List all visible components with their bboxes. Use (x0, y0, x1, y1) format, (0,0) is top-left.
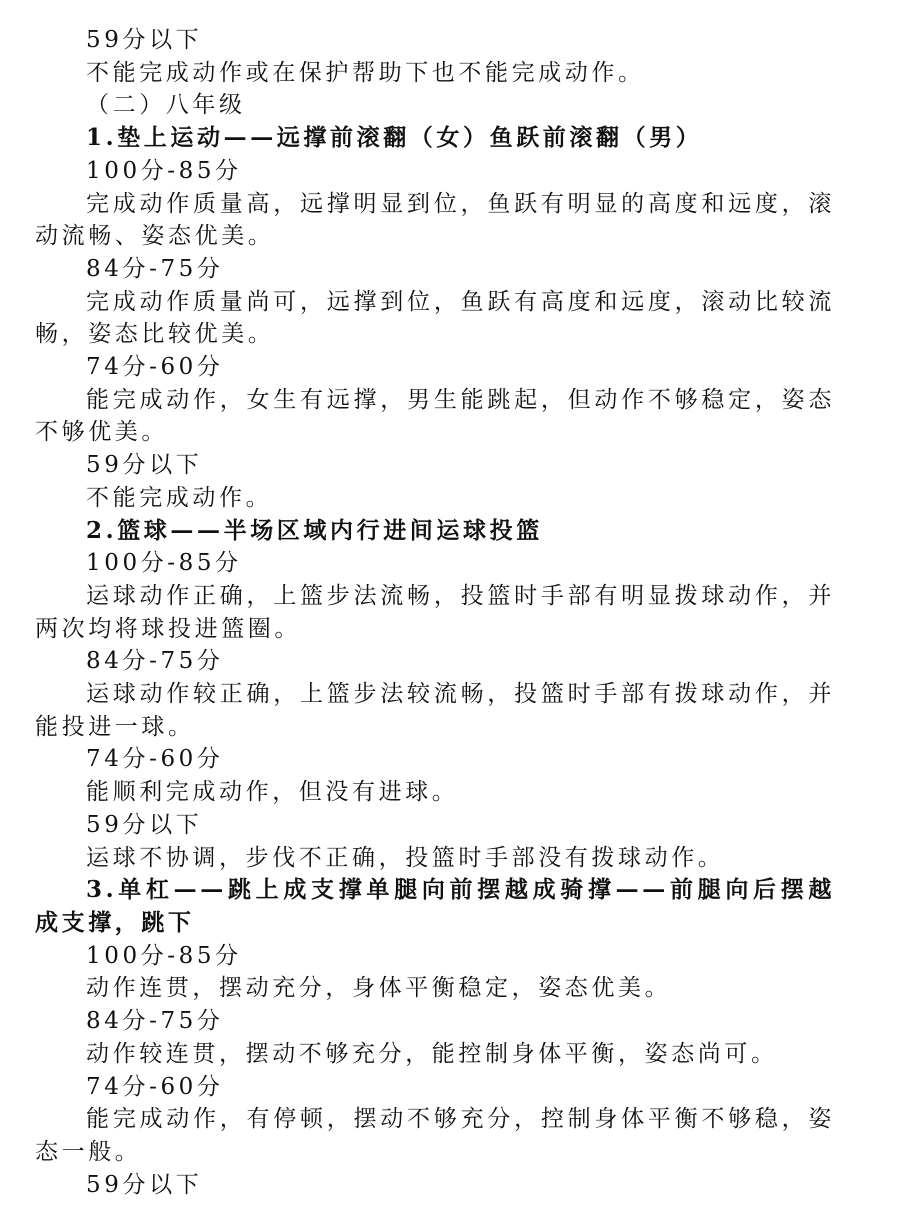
criteria-text: 动作连贯，摆动充分，身体平衡稳定，姿态优美。 (35, 972, 835, 1005)
criteria-text: 运球不协调，步伐不正确，投篮时手部没有拨球动作。 (35, 842, 835, 875)
criteria-text: 完成动作质量尚可，远撑到位，鱼跃有高度和远度，滚动比较流畅，姿态比较优美。 (35, 286, 835, 351)
item-heading: 3.单杠——跳上成支撑单腿向前摆越成骑撑——前腿向后摆越成支撑，跳下 (35, 874, 835, 939)
score-range: 59分以下 (35, 24, 835, 57)
score-range: 84分-75分 (35, 1005, 835, 1038)
score-range: 74分-60分 (35, 743, 835, 776)
score-range: 84分-75分 (35, 253, 835, 286)
criteria-text: 能顺利完成动作，但没有进球。 (35, 776, 835, 809)
criteria-text: 能完成动作，有停顿，摆动不够充分，控制身体平衡不够稳，姿态一般。 (35, 1103, 835, 1168)
score-range: 100分-85分 (35, 547, 835, 580)
score-range: 74分-60分 (35, 1071, 835, 1104)
score-range: 100分-85分 (35, 940, 835, 973)
criteria-text: 不能完成动作。 (35, 482, 835, 515)
criteria-text: 运球动作正确，上篮步法流畅，投篮时手部有明显拨球动作，并两次均将球投进篮圈。 (35, 580, 835, 645)
score-range: 59分以下 (35, 1169, 835, 1202)
item-heading: 2.篮球——半场区域内行进间运球投篮 (35, 515, 835, 548)
criteria-text: 能完成动作，女生有远撑，男生能跳起，但动作不够稳定，姿态不够优美。 (35, 384, 835, 449)
criteria-text: 动作较连贯，摆动不够充分，能控制身体平衡，姿态尚可。 (35, 1038, 835, 1071)
criteria-text: 不能完成动作或在保护帮助下也不能完成动作。 (35, 57, 835, 90)
grade-heading: （二）八年级 (35, 89, 835, 122)
document-page: 59分以下 不能完成动作或在保护帮助下也不能完成动作。 （二）八年级 1.垫上运… (35, 24, 835, 1201)
score-range: 84分-75分 (35, 645, 835, 678)
score-range: 74分-60分 (35, 351, 835, 384)
score-range: 59分以下 (35, 809, 835, 842)
score-range: 100分-85分 (35, 155, 835, 188)
score-range: 59分以下 (35, 449, 835, 482)
item-heading: 1.垫上运动——远撑前滚翻（女）鱼跃前滚翻（男） (35, 122, 835, 155)
criteria-text: 运球动作较正确，上篮步法较流畅，投篮时手部有拨球动作，并能投进一球。 (35, 678, 835, 743)
criteria-text: 完成动作质量高，远撑明显到位，鱼跃有明显的高度和远度，滚动流畅、姿态优美。 (35, 188, 835, 253)
